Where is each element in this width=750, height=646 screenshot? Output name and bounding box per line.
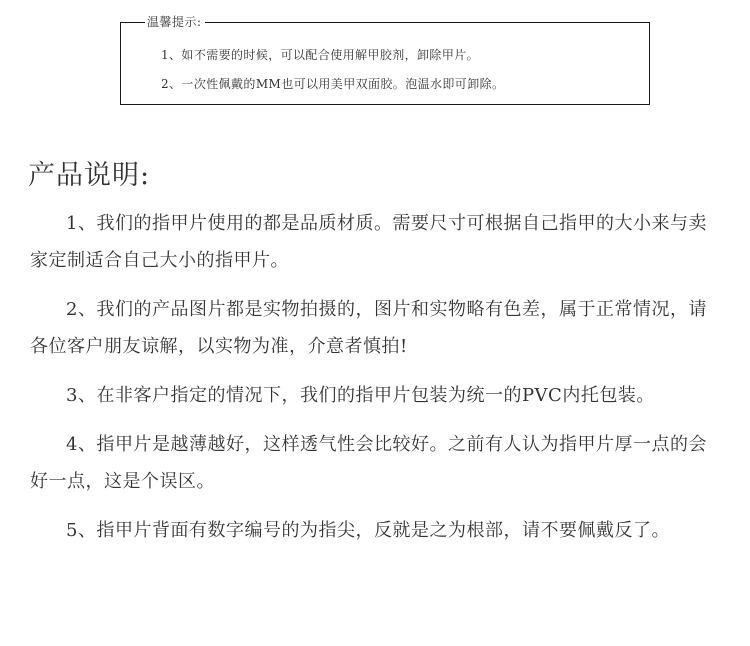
description-paragraph: 3、在非客户指定的情况下，我们的指甲片包装为统一的PVC内托包装。 <box>30 377 710 414</box>
description-paragraph: 2、我们的产品图片都是实物拍摄的，图片和实物略有色差，属于正常情况，请各位客户朋… <box>30 291 710 365</box>
notice-item: 1、如不需要的时候，可以配合使用解甲胶剂，卸除甲片。 <box>161 41 504 70</box>
description-paragraph: 1、我们的指甲片使用的都是品质材质。需要尺寸可根据自己指甲的大小来与卖家定制适合… <box>30 205 710 279</box>
description-paragraph: 5、指甲片背面有数字编号的为指尖，反就是之为根部，请不要佩戴反了。 <box>30 512 710 549</box>
notice-item: 2、一次性佩戴的MM也可以用美甲双面胶。泡温水即可卸除。 <box>161 70 504 99</box>
notice-title: 温馨提示: <box>145 14 205 30</box>
notice-box: 温馨提示: 1、如不需要的时候，可以配合使用解甲胶剂，卸除甲片。 2、一次性佩戴… <box>120 22 650 105</box>
product-description-title: 产品说明: <box>28 156 150 196</box>
notice-list: 1、如不需要的时候，可以配合使用解甲胶剂，卸除甲片。 2、一次性佩戴的MM也可以… <box>161 41 504 99</box>
product-description-body: 1、我们的指甲片使用的都是品质材质。需要尺寸可根据自己指甲的大小来与卖家定制适合… <box>30 205 710 549</box>
description-paragraph: 4、指甲片是越薄越好，这样透气性会比较好。之前有人认为指甲片厚一点的会好一点，这… <box>30 426 710 500</box>
